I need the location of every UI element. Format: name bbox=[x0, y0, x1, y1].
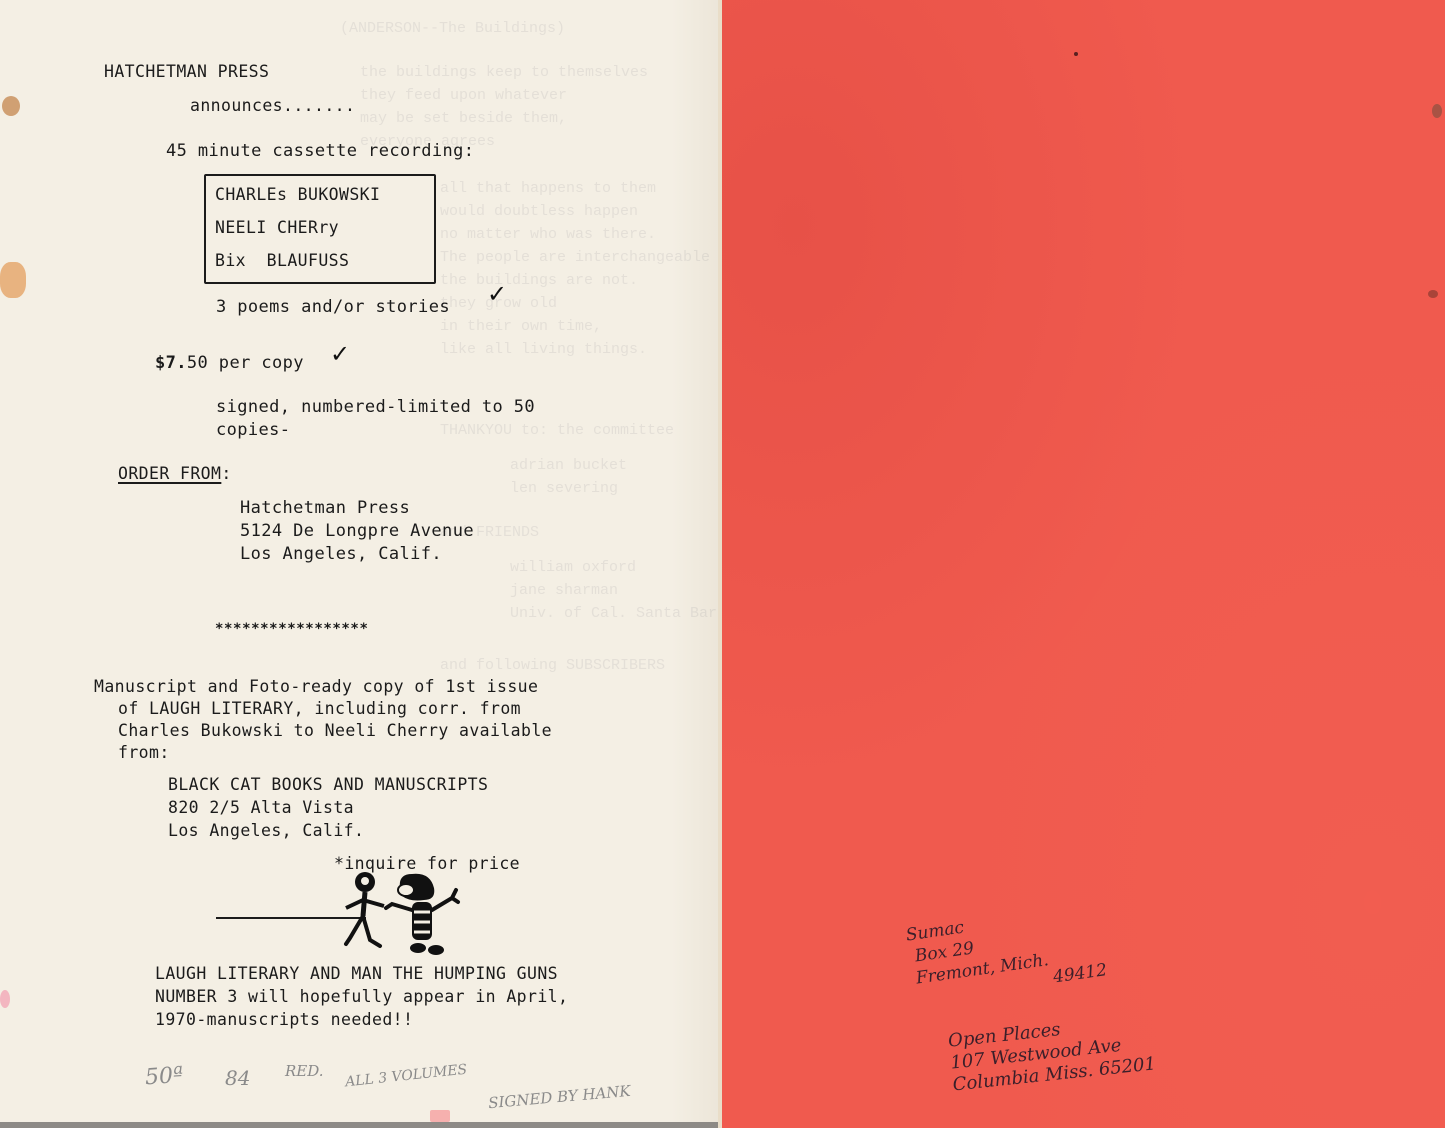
product-line: 45 minute cassette recording: bbox=[166, 140, 474, 162]
stain-mark bbox=[0, 990, 10, 1008]
bleed-through-line: may be set beside them, bbox=[360, 108, 567, 131]
artist-name: NEELI CHERry bbox=[215, 217, 339, 239]
bleed-through-line: no matter who was there. bbox=[440, 224, 656, 247]
bleed-through-line: the buildings are not. bbox=[440, 270, 638, 293]
publisher-heading: HATCHETMAN PRESS bbox=[104, 61, 269, 83]
bleed-through-line: like all living things. bbox=[440, 339, 647, 362]
manuscript-line: Manuscript and Foto-ready copy of 1st is… bbox=[94, 676, 538, 698]
pencil-note: RED. bbox=[285, 1062, 324, 1080]
order-from-label: ORDER FROM: bbox=[118, 463, 232, 485]
price-prefix: $7. bbox=[155, 353, 187, 373]
bleed-through-line: all that happens to them bbox=[440, 178, 656, 201]
stain-mark bbox=[2, 96, 20, 116]
price-line: $7.50 per copy bbox=[155, 352, 304, 374]
page-bottom-edge bbox=[0, 1122, 722, 1128]
limit-line: copies- bbox=[216, 419, 290, 441]
limit-line: signed, numbered-limited to 50 bbox=[216, 396, 535, 418]
bleed-through-line: Univ. of Cal. Santa Barbara bbox=[510, 603, 753, 626]
right-page-cover: Sumac Box 29 Fremont, Mich. 49412 Open P… bbox=[722, 0, 1445, 1128]
bleed-through-line: and following SUBSCRIBERS bbox=[440, 655, 665, 678]
artist-name: CHARLEs BUKOWSKI bbox=[215, 184, 380, 206]
bleed-through-line: THANKYOU to: the committee bbox=[440, 420, 674, 443]
content-note: 3 poems and/or stories bbox=[216, 296, 450, 318]
bleed-through-line: len severing bbox=[510, 478, 618, 501]
speck-mark bbox=[1428, 290, 1438, 298]
left-page: (ANDERSON--The Buildings) the buildings … bbox=[0, 0, 722, 1122]
order-address-line: Hatchetman Press bbox=[240, 497, 410, 519]
check-mark-icon: ✓ bbox=[330, 340, 350, 368]
artist-name: Bix BLAUFUSS bbox=[215, 250, 349, 272]
bleed-through-line: adrian bucket bbox=[510, 455, 627, 478]
stain-mark bbox=[0, 262, 26, 298]
bleed-through-line: would doubtless happen bbox=[440, 201, 638, 224]
speck-mark bbox=[1074, 52, 1078, 56]
separator-asterisks: ***************** bbox=[215, 618, 369, 640]
order-address-line: 5124 De Longpre Avenue bbox=[240, 520, 474, 542]
closing-line: NUMBER 3 will hopefully appear in April, bbox=[155, 986, 568, 1008]
handwritten-note-sumac: Sumac Box 29 Fremont, Mich. 49412 bbox=[905, 906, 1050, 1012]
seller-address-line: Los Angeles, Calif. bbox=[168, 820, 364, 842]
manuscript-line: from: bbox=[118, 742, 170, 764]
seller-address-line: BLACK CAT BOOKS AND MANUSCRIPTS bbox=[168, 774, 488, 796]
order-address-line: Los Angeles, Calif. bbox=[240, 543, 442, 565]
bleed-through-line: jane sharman bbox=[510, 580, 618, 603]
order-colon: : bbox=[221, 464, 231, 483]
handwritten-note-open-places: Open Places 107 Westwood Ave Columbia Mi… bbox=[947, 1010, 1157, 1097]
bleed-through-line: The people are interchangeable bbox=[440, 247, 710, 270]
manuscript-line: Charles Bukowski to Neeli Cherry availab… bbox=[118, 720, 552, 742]
closing-line: 1970-manuscripts needed!! bbox=[155, 1009, 413, 1031]
order-label-text: ORDER FROM bbox=[118, 464, 221, 483]
stain-mark bbox=[430, 1110, 450, 1122]
manuscript-line: of LAUGH LITERARY, including corr. from bbox=[118, 698, 521, 720]
two-cartoon-figures-icon bbox=[340, 868, 470, 958]
bleed-through-line: they feed upon whatever bbox=[360, 85, 567, 108]
note-line: 49412 bbox=[1052, 948, 1187, 988]
seller-address-line: 820 2/5 Alta Vista bbox=[168, 797, 354, 819]
check-mark-icon: ✓ bbox=[487, 280, 507, 308]
bleed-through-line: in their own time, bbox=[440, 316, 602, 339]
speck-mark bbox=[1432, 104, 1442, 118]
pencil-note: SIGNED BY HANK bbox=[487, 1082, 631, 1112]
closing-line: LAUGH LITERARY AND MAN THE HUMPING GUNS bbox=[155, 963, 558, 985]
pencil-note: ALL 3 VOLUMES bbox=[344, 1062, 467, 1091]
pencil-note: 84 bbox=[225, 1066, 250, 1090]
bleed-through-title: (ANDERSON--The Buildings) bbox=[340, 18, 565, 41]
price-rest: 50 per copy bbox=[187, 353, 304, 373]
bleed-through-line: william oxford bbox=[510, 557, 636, 580]
bleed-through-line: the buildings keep to themselves bbox=[360, 62, 648, 85]
announces-text: announces....... bbox=[190, 95, 355, 117]
pencil-note: 50ª bbox=[144, 1063, 184, 1091]
